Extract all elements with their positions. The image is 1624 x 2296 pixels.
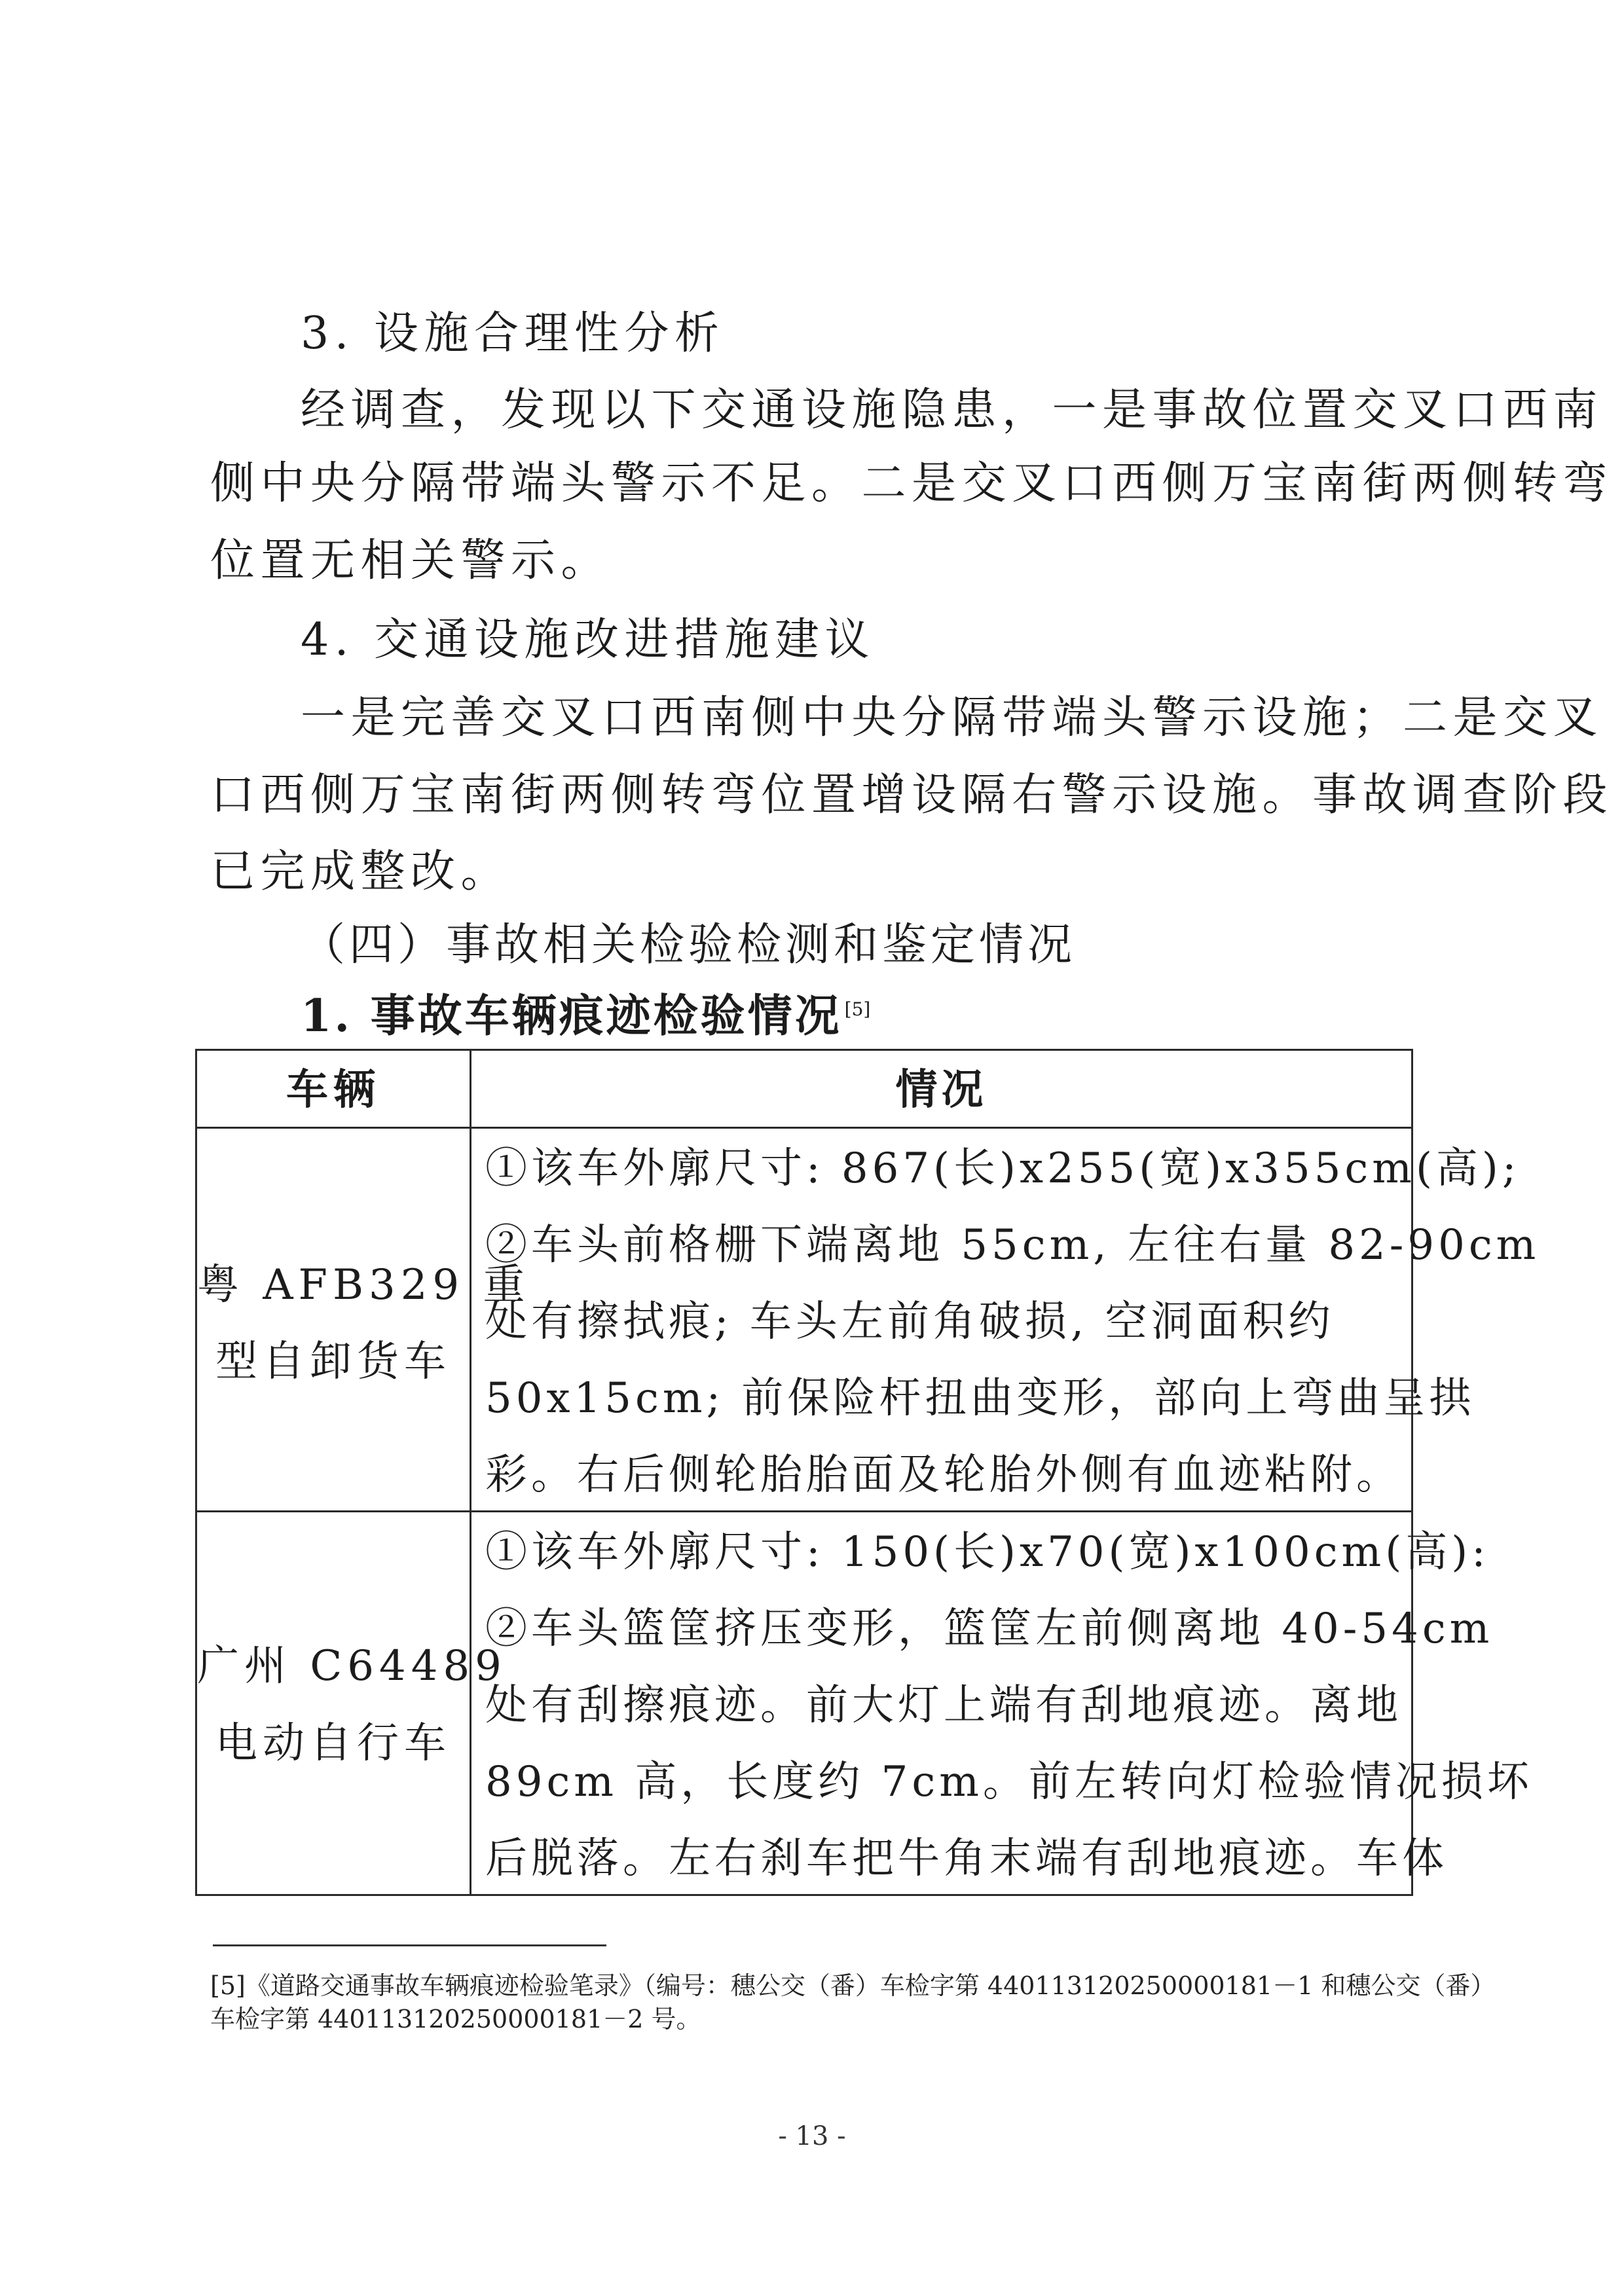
- table-header-divider: [197, 1127, 1411, 1129]
- part4-heading: （四）事故相关检验检测和鉴定情况: [301, 919, 1505, 972]
- detail-line: ②车头前格栅下端离地 55cm, 左往右量 82-90cm: [485, 1207, 1402, 1284]
- detail-line: 50x15cm; 前保险杆扭曲变形，部向上弯曲呈拱: [485, 1360, 1402, 1437]
- footnote-line-1: [5]《道路交通事故车辆痕迹检验笔录》（编号：穗公交（番）车检字第 440113…: [210, 1969, 1415, 2002]
- subsection1-heading: 1. 事故车辆痕迹检验情况[5]: [301, 990, 1505, 1042]
- vehicle-name-line-1: 粤 AFB329 重: [197, 1259, 470, 1311]
- vehicle-name-line-1: 广州 C64489: [197, 1640, 470, 1692]
- detail-line: 89cm 高，长度约 7cm。前左转向灯检验情况损坏: [485, 1744, 1402, 1821]
- detail-line: 处有擦拭痕; 车头左前角破损, 空洞面积约: [485, 1284, 1402, 1360]
- vehicle-details: ①该车外廓尺寸: 867(长)x255(宽)x355cm(高); ②车头前格栅下…: [485, 1131, 1402, 1514]
- detail-line: 处有刮擦痕迹。前大灯上端有刮地痕迹。离地: [485, 1667, 1402, 1744]
- vehicle-name-line-2: 电动自行车: [197, 1717, 470, 1770]
- detail-line: ①该车外廓尺寸: 867(长)x255(宽)x355cm(高);: [485, 1131, 1402, 1207]
- section3-heading: 3. 设施合理性分析: [301, 308, 1505, 360]
- vehicle-details: ①该车外廓尺寸: 150(长)x70(宽)x100cm(高): ②车头篮筐挤压变…: [485, 1514, 1402, 1897]
- vehicle-trace-table: 车辆 情况 粤 AFB329 重 型自卸货车 ①该车外廓尺寸: 867(长)x2…: [195, 1049, 1413, 1896]
- detail-line: 后脱落。左右刹车把牛角末端有刮地痕迹。车体: [485, 1821, 1402, 1897]
- section4-paragraph-line-1: 一是完善交叉口西南侧中央分隔带端头警示设施；二是交叉: [301, 692, 1505, 744]
- section3-paragraph-line-2: 侧中央分隔带端头警示不足。二是交叉口西侧万宝南街两侧转弯: [210, 458, 1415, 510]
- section3-paragraph-line-3: 位置无相关警示。: [210, 535, 1415, 587]
- footnote-ref-5[interactable]: [5]: [845, 998, 871, 1020]
- page-number: - 13 -: [0, 2121, 1624, 2151]
- section3-paragraph-line-1: 经调查，发现以下交通设施隐患，一是事故位置交叉口西南: [301, 384, 1505, 437]
- footnote-line-2: 车检字第 440113120250000181－2 号。: [210, 2003, 1415, 2035]
- detail-line: 彩。右后侧轮胎胎面及轮胎外侧有血迹粘附。: [485, 1437, 1402, 1514]
- vehicle-name-line-2: 型自卸货车: [197, 1336, 470, 1388]
- detail-line: ①该车外廓尺寸: 150(长)x70(宽)x100cm(高):: [485, 1514, 1402, 1591]
- section4-paragraph-line-2: 口西侧万宝南街两侧转弯位置增设隔右警示设施。事故调查阶段: [210, 769, 1415, 822]
- table-header-vehicle: 车辆: [197, 1064, 470, 1116]
- subsection1-heading-text: 1. 事故车辆痕迹检验情况: [301, 990, 842, 1042]
- section4-heading: 4. 交通设施改进措施建议: [301, 614, 1505, 666]
- section4-paragraph-line-3: 已完成整改。: [210, 846, 1415, 898]
- detail-line: ②车头篮筐挤压变形，篮筐左前侧离地 40-54cm: [485, 1591, 1402, 1667]
- table-column-divider: [470, 1051, 471, 1894]
- footnote-separator: [213, 1944, 606, 1946]
- table-header-details: 情况: [471, 1064, 1411, 1116]
